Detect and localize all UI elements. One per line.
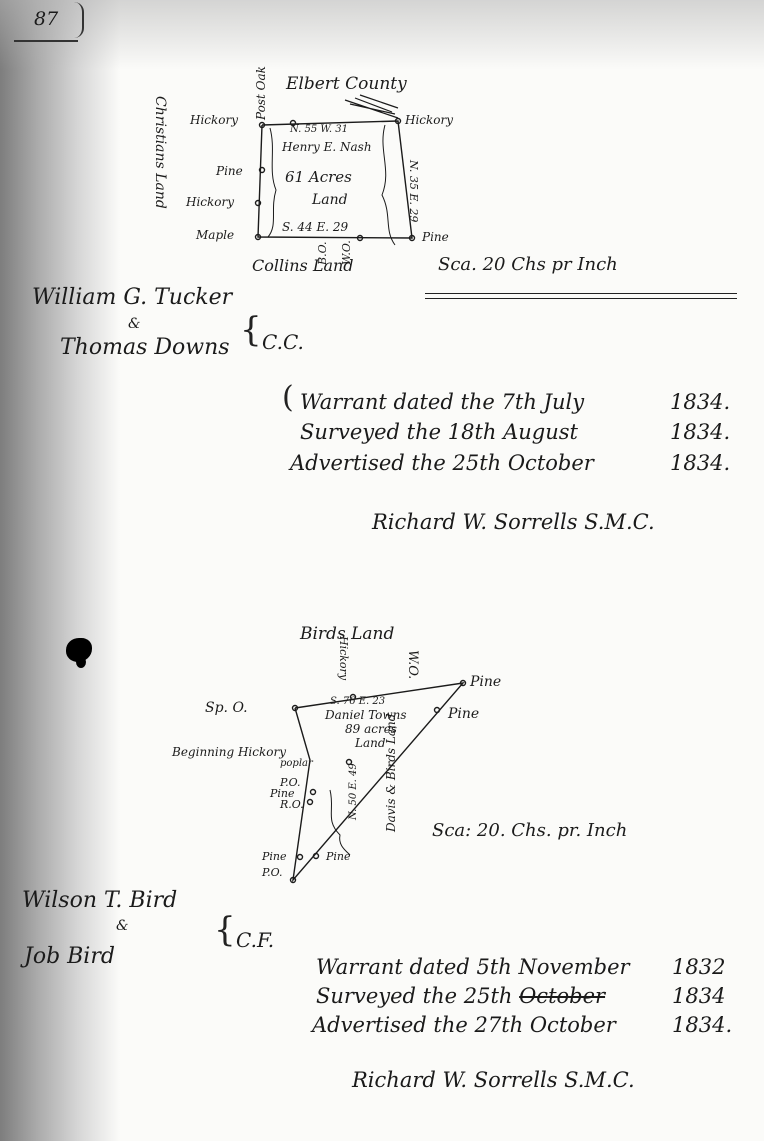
ink-blot-drip (76, 656, 86, 668)
plat2-corner-pine-sw: Pine (262, 850, 287, 863)
entry1-brace: { (240, 310, 262, 350)
entry2-record-surveyed: Surveyed the 25th October (316, 984, 605, 1008)
entry1-record-surveyed: Surveyed the 18th August (300, 420, 578, 444)
plat1-north-boundary: Elbert County (286, 74, 407, 94)
plat1-bearing-south: S. 44 E. 29 (282, 220, 348, 234)
plat2-east-boundary: Davis & Birds Land (384, 714, 398, 832)
plat1-corner-se: Pine (422, 230, 449, 244)
entry2-grantee-1: Wilson T. Bird (22, 888, 177, 913)
plat2-corner-po2: P.O. (262, 866, 283, 879)
plat2-top-label-wo: W.O. (405, 650, 420, 679)
entry2-ampersand: & (116, 918, 128, 934)
entry1-record-surveyed-year: 1834. (670, 420, 730, 444)
plat2-corner-poplar: poplar (280, 758, 313, 769)
entry1-records-brace: ( (282, 380, 294, 415)
entry2-record-surveyed-year: 1834 (672, 984, 725, 1008)
plat1-land: Land (312, 192, 348, 208)
entry2-grantee-2: Job Bird (24, 944, 115, 969)
entry2-record-advertised-year: 1834. (672, 1013, 732, 1037)
plat1-acres: 61 Acres (285, 168, 352, 186)
plat2-scale: Sca: 20. Chs. pr. Inch (432, 820, 627, 841)
entry2-brace: { (214, 910, 236, 950)
entry2-record-surveyed-struck: October (519, 984, 605, 1008)
plat2-corner-pine-e: Pine (448, 706, 479, 722)
plat1-south-boundary: Collins Land (252, 256, 354, 275)
plat1-bearing-east: N. 35 E. 29 (407, 160, 420, 222)
plat2-corner-pine-ne: Pine (470, 674, 501, 690)
plat2-corner-beginning: Beginning Hickory (172, 745, 286, 759)
plat2-bearing-north: S. 76 E. 23 (330, 696, 385, 707)
entry2-record-warrant: Warrant dated 5th November (316, 955, 630, 979)
entry1-county: C.C. (262, 330, 304, 354)
plat1-corner-sw: Maple (196, 228, 234, 242)
plat2-corner-pine-s: Pine (326, 850, 351, 863)
plat1-corner-ne: Hickory (405, 113, 453, 127)
plat1-top-label: Post Oak (254, 66, 268, 120)
entry1-record-warrant-year: 1834. (670, 390, 730, 414)
plat1-west-boundary: Christians Land (152, 96, 168, 209)
entry2-record-advertised: Advertised the 27th October (312, 1013, 616, 1037)
entry2-record-surveyed-text: Surveyed the 25th (316, 984, 512, 1008)
entry2-county: C.F. (236, 928, 274, 952)
entry2-signature: Richard W. Sorrells S.M.C. (352, 1068, 635, 1092)
entry1-record-warrant: Warrant dated the 7th July (300, 390, 584, 414)
entry1-ampersand: & (128, 316, 140, 332)
plat2-top-label-hickory: Hickory (337, 636, 350, 680)
plat1-owner: Henry E. Nash (282, 140, 372, 154)
entry1-grantee-1: William G. Tucker (32, 285, 232, 310)
plat1-scale-underline (425, 293, 737, 299)
plat2-corner-ro: R.O. (280, 798, 304, 811)
entry1-signature: Richard W. Sorrells S.M.C. (372, 510, 655, 534)
plat1-corner-nw: Hickory (190, 113, 238, 127)
plat2-bearing-east: N. 50 E. 49 (348, 763, 359, 820)
plat1-corner-w1: Pine (216, 164, 243, 178)
entry1-record-advertised-year: 1834. (670, 451, 730, 475)
entry2-record-warrant-year: 1832 (672, 955, 725, 979)
entry1-record-advertised: Advertised the 25th October (290, 451, 594, 475)
plat1-scale: Sca. 20 Chs pr Inch (438, 254, 618, 275)
entry1-grantee-2: Thomas Downs (60, 335, 230, 360)
plat1-bearing-north: N. 55 W. 31 (290, 124, 348, 135)
plat2-land: Land (355, 736, 386, 750)
plat2-corner-spo: Sp. O. (205, 700, 248, 716)
plat1-corner-w2: Hickory (186, 195, 234, 209)
